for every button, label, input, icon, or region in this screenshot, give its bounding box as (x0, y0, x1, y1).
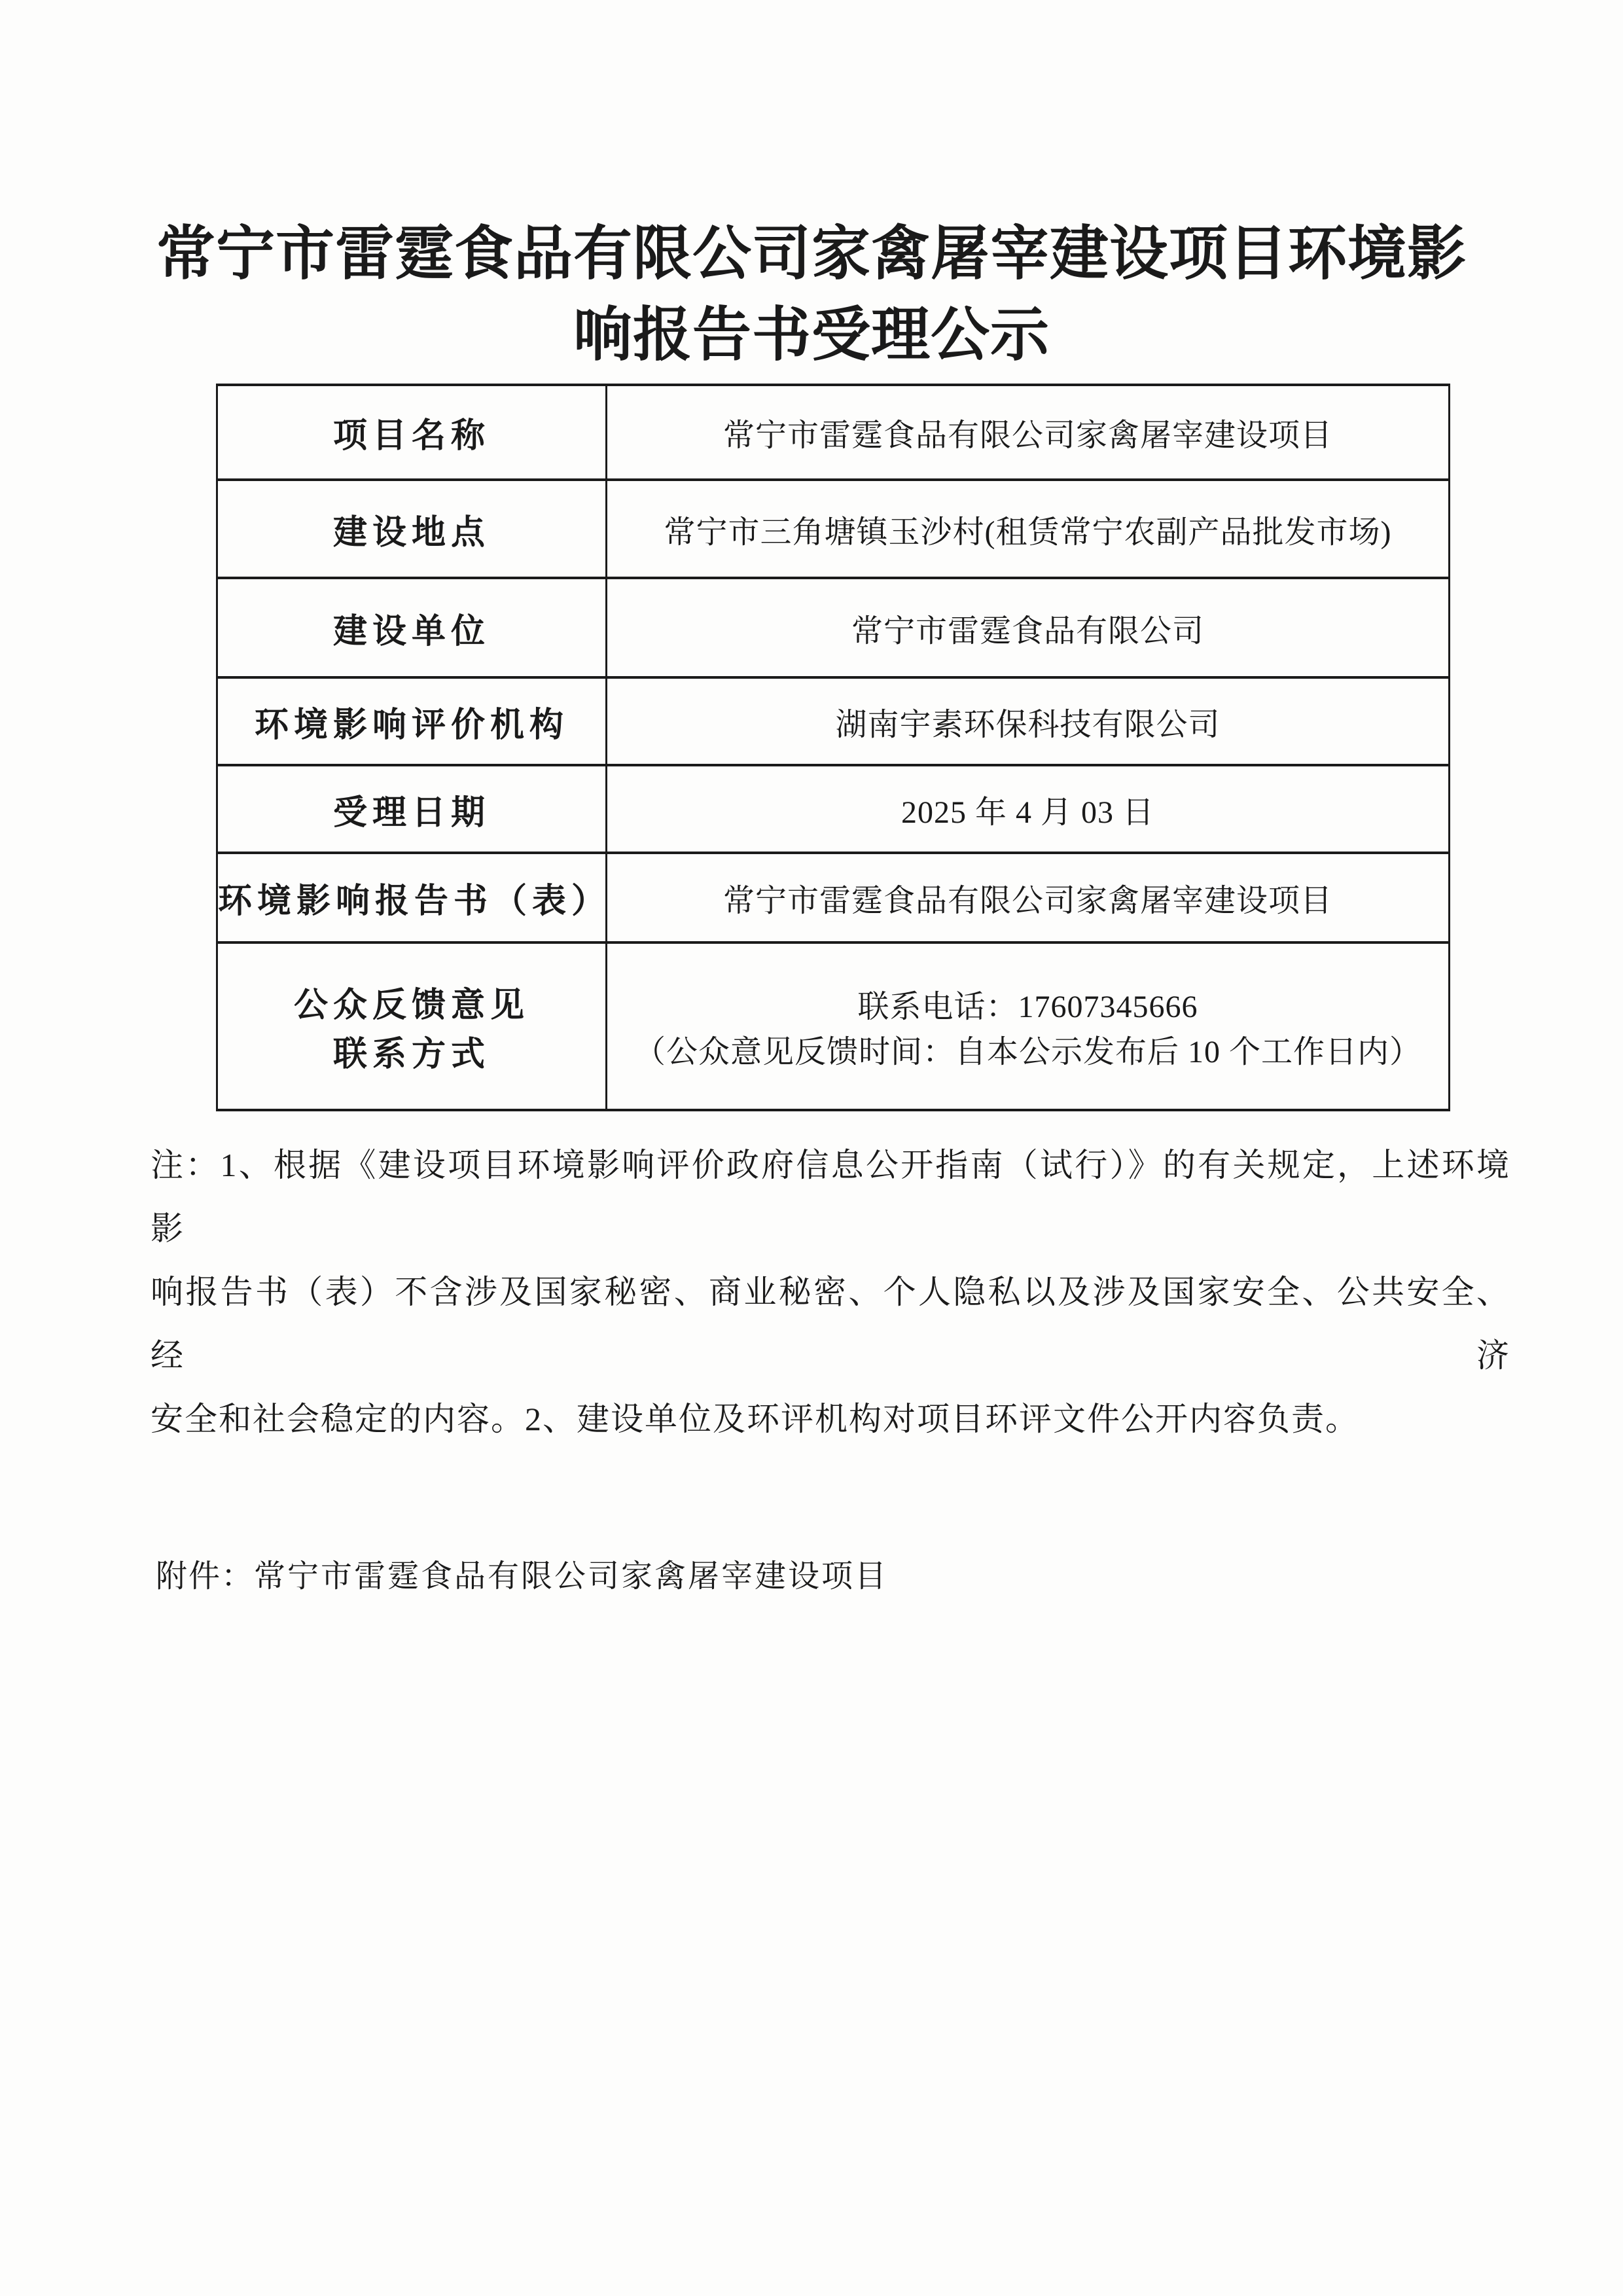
table-row-acceptance-date: 受理日期 2025 年 4 月 03 日 (217, 765, 1450, 853)
row-value: 2025 年 4 月 03 日 (607, 765, 1450, 853)
attachment-line: 附件：常宁市雷霆食品有限公司家禽屠宰建设项目 (156, 1551, 1623, 1596)
note-line-2: 响报告书（表）不含涉及国家秘密、商业秘密、个人隐私以及涉及国家安全、公共安全、经… (151, 1261, 1510, 1388)
row-label: 受理日期 (217, 765, 607, 853)
note-line-3: 安全和社会稳定的内容。2、建设单位及环评机构对项目环评文件公开内容负责。 (151, 1388, 1510, 1451)
row-label: 建设地点 (217, 480, 607, 578)
attachment-value: 常宁市雷霆食品有限公司家禽屠宰建设项目 (254, 1559, 888, 1594)
row-value: 联系电话：17607345666 （公众意见反馈时间：自本公示发布后 10 个工… (607, 942, 1450, 1110)
row-label: 环境影响报告书（表） (217, 853, 607, 942)
acceptance-table: 项目名称 常宁市雷霆食品有限公司家禽屠宰建设项目 建设地点 常宁市三角塘镇玉沙村… (216, 384, 1450, 1111)
row-label-line-1: 公众反馈意见 (218, 977, 605, 1026)
document-page: 常宁市雷霆食品有限公司家禽屠宰建设项目环境影 响报告书受理公示 项目名称 常宁市… (0, 0, 1623, 2296)
contact-phone: 联系电话：17607345666 (607, 981, 1448, 1026)
title-line-1: 常宁市雷霆食品有限公司家禽屠宰建设项目环境影 (0, 213, 1623, 295)
feedback-period: （公众意见反馈时间：自本公示发布后 10 个工作日内） (607, 1026, 1448, 1071)
row-value: 常宁市三角塘镇玉沙村(租赁常宁农副产品批发市场) (607, 480, 1450, 578)
title-line-2: 响报告书受理公示 (0, 295, 1623, 376)
row-label: 环境影响评价机构 (217, 677, 607, 765)
document-title: 常宁市雷霆食品有限公司家禽屠宰建设项目环境影 响报告书受理公示 (0, 0, 1623, 376)
row-label: 项目名称 (217, 385, 607, 480)
table-row-project-name: 项目名称 常宁市雷霆食品有限公司家禽屠宰建设项目 (217, 385, 1450, 480)
table-row-public-feedback: 公众反馈意见 联系方式 联系电话：17607345666 （公众意见反馈时间：自… (217, 942, 1450, 1110)
note-line-1: 注：1、根据《建设项目环境影响评价政府信息公开指南（试行）》的有关规定，上述环境… (151, 1134, 1510, 1261)
table-row-eia-agency: 环境影响评价机构 湖南宇素环保科技有限公司 (217, 677, 1450, 765)
table-row-construction-site: 建设地点 常宁市三角塘镇玉沙村(租赁常宁农副产品批发市场) (217, 480, 1450, 578)
row-value: 常宁市雷霆食品有限公司家禽屠宰建设项目 (607, 853, 1450, 942)
attachment-label: 附件： (156, 1559, 254, 1594)
table-row-eia-report: 环境影响报告书（表） 常宁市雷霆食品有限公司家禽屠宰建设项目 (217, 853, 1450, 942)
row-label-line-2: 联系方式 (218, 1026, 605, 1075)
row-value: 湖南宇素环保科技有限公司 (607, 677, 1450, 765)
note-paragraph: 注：1、根据《建设项目环境影响评价政府信息公开指南（试行）》的有关规定，上述环境… (151, 1134, 1510, 1451)
row-value: 常宁市雷霆食品有限公司 (607, 578, 1450, 677)
row-label: 公众反馈意见 联系方式 (217, 942, 607, 1110)
row-label: 建设单位 (217, 578, 607, 677)
table-row-construction-unit: 建设单位 常宁市雷霆食品有限公司 (217, 578, 1450, 677)
row-value: 常宁市雷霆食品有限公司家禽屠宰建设项目 (607, 385, 1450, 480)
